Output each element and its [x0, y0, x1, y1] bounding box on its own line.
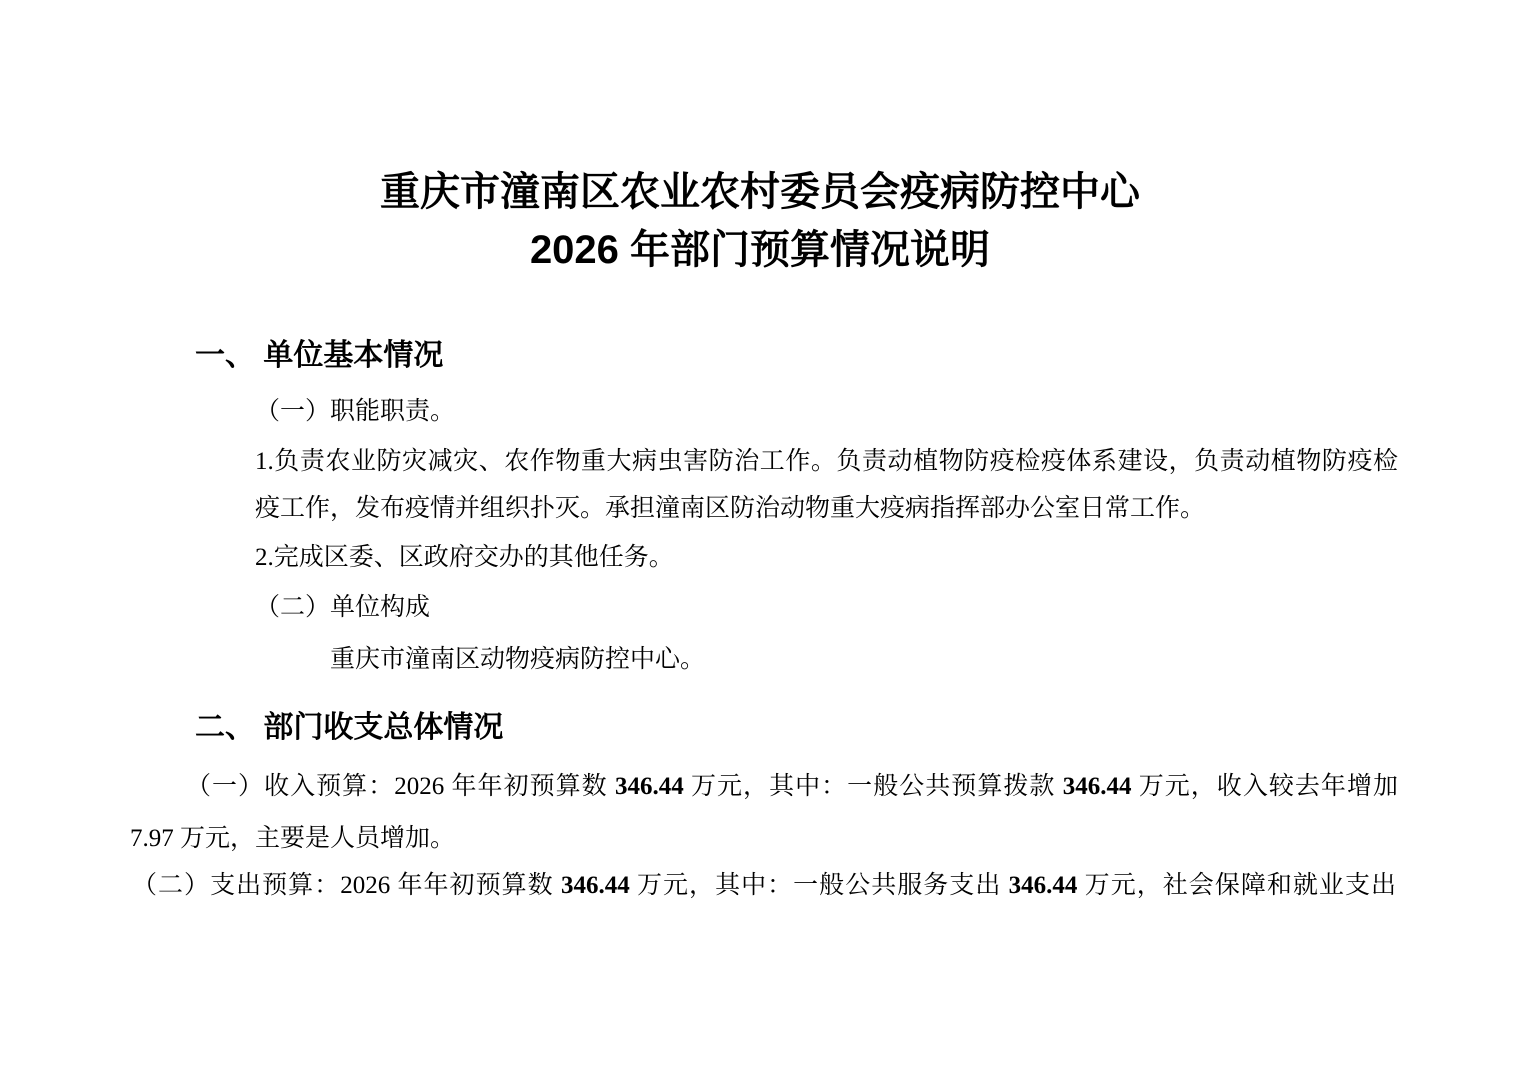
income-line-2: 7.97 万元，主要是人员增加。 [130, 822, 455, 856]
duty-paragraph-line-1: 1.负责农业防灾减灾、农作物重大病虫害防治工作。负责动植物防疫检疫体系建设，负责… [255, 445, 1398, 479]
title-line-1: 重庆市潼南区农业农村委员会疫病防控中心 [0, 163, 1520, 221]
text-run: 万元，社会保障和就业支出 [1077, 872, 1396, 899]
duty-label-line: （一）职能职责。 [255, 395, 455, 429]
text-run: （一）收入预算：2026 年年初预算数 [186, 773, 615, 800]
amount-value: 346.44 [561, 872, 630, 899]
section-2-heading: 二、 部门收支总体情况 [195, 711, 503, 745]
amount-value: 346.44 [1063, 773, 1132, 800]
composition-line: 重庆市潼南区动物疫病防控中心。 [330, 643, 705, 677]
section-1-heading: 一、 单位基本情况 [195, 339, 443, 373]
duty-paragraph-line-2: 疫工作，发布疫情并组织扑灭。承担潼南区防治动物重大疫病指挥部办公室日常工作。 [255, 492, 1205, 526]
composition-label-line: （二）单位构成 [255, 591, 430, 625]
document-title: 重庆市潼南区农业农村委员会疫病防控中心 2026 年部门预算情况说明 [0, 163, 1520, 279]
expense-line-1: （二）支出预算：2026 年年初预算数 346.44 万元，其中：一般公共服务支… [132, 869, 1396, 903]
document-page: 重庆市潼南区农业农村委员会疫病防控中心 2026 年部门预算情况说明 一、 单位… [0, 0, 1520, 1074]
amount-value: 346.44 [615, 773, 684, 800]
text-run: 万元，收入较去年增加 [1131, 773, 1398, 800]
text-run: 万元，其中：一般公共服务支出 [630, 872, 1009, 899]
other-tasks-line: 2.完成区委、区政府交办的其他任务。 [255, 541, 674, 575]
amount-value: 346.44 [1009, 872, 1078, 899]
title-line-2: 2026 年部门预算情况说明 [0, 221, 1520, 279]
text-run: （二）支出预算：2026 年年初预算数 [132, 872, 561, 899]
text-run: 万元，其中：一般公共预算拨款 [684, 773, 1063, 800]
income-line-1: （一）收入预算：2026 年年初预算数 346.44 万元，其中：一般公共预算拨… [186, 770, 1398, 804]
